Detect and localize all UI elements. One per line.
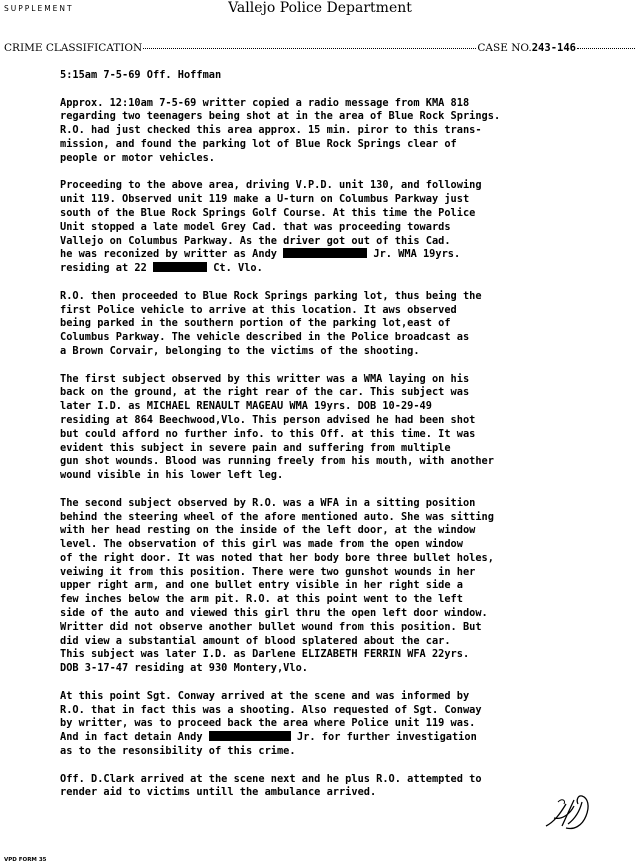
form-number: VPD FORM 35 — [4, 857, 46, 863]
text-line: The second subject observed by R.O. was … — [60, 497, 640, 511]
report-heading: 5:15am 7-5-69 Off. Hoffman — [60, 69, 640, 83]
text-line: Off. D.Clark arrived at the scene next a… — [60, 773, 640, 787]
text-line: later I.D. as MICHAEL RENAULT MAGEAU WMA… — [60, 400, 640, 414]
department-title: Vallejo Police Department — [0, 0, 640, 16]
text-line: people or motor vehicles. — [60, 152, 640, 166]
text-line: DOB 3-17-47 residing at 930 Montery,Vlo. — [60, 662, 640, 676]
text-line: of the right door. It was noted that her… — [60, 552, 640, 566]
text-segment: Ct. Vlo. — [207, 262, 263, 274]
text-line: being parked in the southern portion of … — [60, 317, 640, 331]
text-line: R.O. that in fact this was a shooting. A… — [60, 704, 640, 718]
text-line: behind the steering wheel of the afore m… — [60, 511, 640, 525]
text-line: The first subject observed by this writt… — [60, 373, 640, 387]
text-segment: And in fact detain Andy — [60, 731, 209, 743]
text-line: did view a substantial amount of blood s… — [60, 635, 640, 649]
text-line: This subject was later I.D. as Darlene E… — [60, 648, 640, 662]
redacted-line: residing at 22 Ct. Vlo. — [60, 262, 640, 276]
redaction-bar — [283, 248, 367, 258]
crime-classification-label: CRIME CLASSIFICATION — [4, 42, 142, 54]
paragraph-6: At this point Sgt. Conway arrived at the… — [60, 690, 640, 759]
text-line: but could afford no further info. to thi… — [60, 428, 640, 442]
text-line: level. The observation of this girl was … — [60, 538, 640, 552]
text-line: residing at 864 Beechwood,Vlo. This pers… — [60, 414, 640, 428]
text-line: mission, and found the parking lot of Bl… — [60, 138, 640, 152]
redacted-line: he was reconized by writter as Andy Jr. … — [60, 248, 640, 262]
text-segment: Jr. for further investigation — [291, 731, 477, 743]
text-line: regarding two teenagers being shot at in… — [60, 110, 640, 124]
text-line: back on the ground, at the right rear of… — [60, 386, 640, 400]
paragraph-3: R.O. then proceeded to Blue Rock Springs… — [60, 290, 640, 359]
paragraph-5: The second subject observed by R.O. was … — [60, 497, 640, 676]
case-no-field — [577, 48, 635, 49]
text-line: Unit stopped a late model Grey Cad. that… — [60, 221, 640, 235]
text-line: side of the auto and viewed this girl th… — [60, 607, 640, 621]
redacted-line: And in fact detain Andy Jr. for further … — [60, 731, 640, 745]
text-line: with her head resting on the inside of t… — [60, 524, 640, 538]
classification-line: CRIME CLASSIFICATION CASE NO. 243-146 — [4, 42, 636, 54]
text-line: Proceeding to the above area, driving V.… — [60, 179, 640, 193]
text-segment: residing at 22 — [60, 262, 153, 274]
case-no-label: CASE NO. — [477, 42, 531, 54]
text-line: by writter, was to proceed back the area… — [60, 717, 640, 731]
text-line: upper right arm, and one bullet entry vi… — [60, 579, 640, 593]
text-line: At this point Sgt. Conway arrived at the… — [60, 690, 640, 704]
case-no-value: 243-146 — [532, 42, 576, 54]
text-line: south of the Blue Rock Springs Golf Cour… — [60, 207, 640, 221]
redaction-bar — [153, 262, 207, 272]
text-line: few inches below the arm pit. R.O. at th… — [60, 593, 640, 607]
text-line: evident this subject in severe pain and … — [60, 442, 640, 456]
heading-line: 5:15am 7-5-69 Off. Hoffman — [60, 69, 640, 83]
paragraph-1: Approx. 12:10am 7-5-69 writter copied a … — [60, 97, 640, 166]
paragraph-4: The first subject observed by this writt… — [60, 373, 640, 483]
text-line: wound visible in his lower left leg. — [60, 469, 640, 483]
text-line: first Police vehicle to arrive at this l… — [60, 304, 640, 318]
text-line: unit 119. Observed unit 119 make a U-tur… — [60, 193, 640, 207]
text-segment: Jr. WMA 19yrs. — [367, 248, 460, 260]
crime-classification-field — [143, 48, 476, 49]
report-body: 5:15am 7-5-69 Off. Hoffman Approx. 12:10… — [60, 69, 640, 814]
redaction-bar — [209, 731, 291, 741]
paragraph-2: Proceeding to the above area, driving V.… — [60, 179, 640, 276]
signature-icon — [540, 792, 596, 834]
text-line: gun shot wounds. Blood was running freel… — [60, 455, 640, 469]
text-segment: he was reconized by writter as Andy — [60, 248, 283, 260]
text-line: Columbus Parkway. The vehicle described … — [60, 331, 640, 345]
text-line: as to the resonsibility of this crime. — [60, 745, 640, 759]
text-line: R.O. had just checked this area approx. … — [60, 124, 640, 138]
text-line: R.O. then proceeded to Blue Rock Springs… — [60, 290, 640, 304]
text-line: Vallejo on Columbus Parkway. As the driv… — [60, 235, 640, 249]
text-line: veiwing it from this position. There wer… — [60, 566, 640, 580]
text-line: a Brown Corvair, belonging to the victim… — [60, 345, 640, 359]
text-line: Writter did not observe another bullet w… — [60, 621, 640, 635]
text-line: Approx. 12:10am 7-5-69 writter copied a … — [60, 97, 640, 111]
